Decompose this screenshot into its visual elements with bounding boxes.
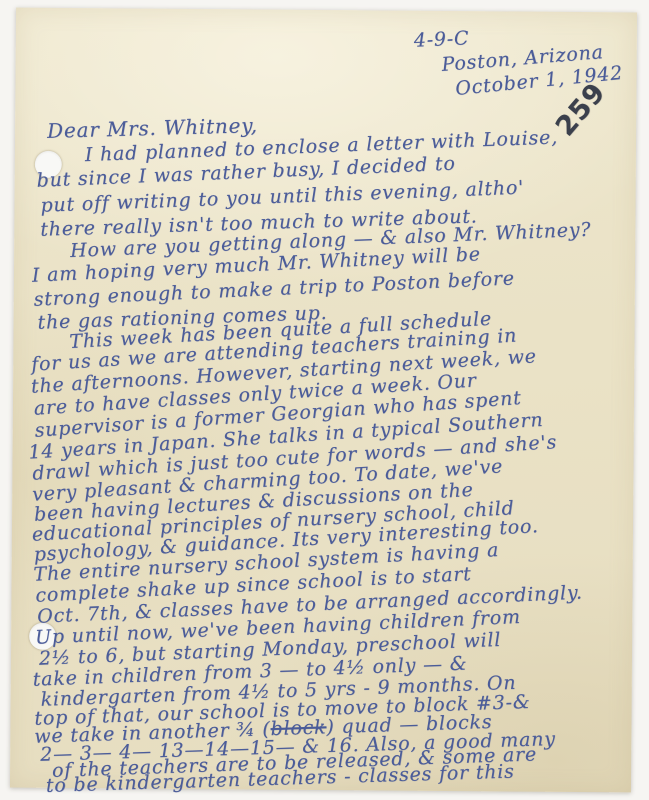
salutation: Dear Mrs. Whitney, bbox=[47, 114, 258, 142]
scanned-letter-page: 4-9-C Poston, Arizona October 1, 1942 25… bbox=[0, 0, 649, 800]
heading-address: 4-9-C bbox=[413, 28, 469, 51]
letter-paper: 4-9-C Poston, Arizona October 1, 1942 25… bbox=[10, 8, 637, 793]
